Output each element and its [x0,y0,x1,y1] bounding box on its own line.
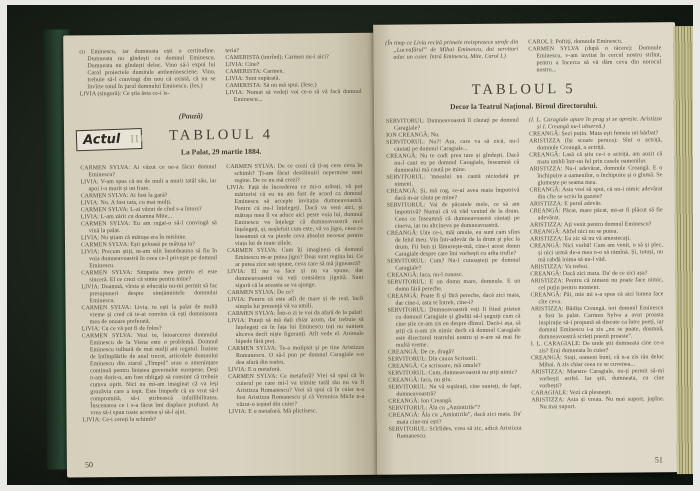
left-page-column-1: CARMEN SYLVA: Ai văzut ce ne-a făcut dom… [80,164,218,424]
tabloul-5-heading-block: TABLOUL 5 Decor la Teatrul Național. Bir… [386,79,662,111]
dialogue-line: CREANGĂ: Ăla cu „Amintirile”, dacă zici … [388,412,521,427]
pause-note: (Pauză) [20,110,362,122]
actul-stamp-word: Actul [83,132,121,148]
dialogue-line: SERVITORUL: Scîrlides, vreu să zic, adic… [389,426,522,441]
dialogue-line: cu Eminescu, iar dumneata ești o certitu… [79,48,215,91]
right-page-columns: SERVITORUL: Dumneavoastră îl căutați pe … [386,116,665,440]
dialogue-line: CREANGĂ: Lasă că știu ce-i o actriță, am… [529,151,662,166]
tabloul-4-heading-block: Actul III TABLOUL 4 La Palat, 29 martie … [80,125,362,157]
dialogue-line: SERVITORUL: Dumneavoastră veți fi fiind … [388,307,521,350]
photo-background: cu Eminescu, iar dumneata ești o certitu… [7,5,693,485]
dialogue-line: SERVITORUL: Dumneavoastră îl căutați pe … [386,118,519,133]
dialogue-line: SERVITORUL: Cum? Nu-l cunoașteți pe domn… [387,258,520,273]
dialogue-line: CREANGĂ: Și, mă rog, ce-ai avea mata împ… [387,188,520,203]
stage-direction-caragiale: (I. L. Caragiale apare în prag și se opr… [529,116,662,131]
dialogue-line: CARMEN SYLVA: Livia, tu ești la palat de… [82,304,218,326]
actul-stamp-numeral: III [130,132,144,144]
page-stack-edges [673,26,693,474]
dialogue-line: SERVITORUL: 'mnealui nu caută niciodată … [386,174,519,189]
dialogue-line: CREANGĂ: Nici vorbă! Cum am venit, o să … [530,242,663,264]
tabloul-5-subtitle: Decor la Teatrul Național. Biroul direct… [386,100,662,111]
dialogue-line: LIVIA: Numai să vedeți voi ce-o să vă fa… [226,89,362,104]
dialogue-line: CARMEN SYLVA: Eu am rugat-o să-l conving… [81,220,217,235]
dialogue-line: CREANGĂ: Păi, mie mi s-a spus că aici lu… [530,291,663,306]
dialogue-line: LIVIA: El nu va face și nu va spune, dar… [227,268,363,290]
open-book: cu Eminescu, iar dumneata ești o certitu… [43,10,659,477]
dialogue-line: SERVITORUL: Cum, dumneavoastră nu știți … [388,370,521,378]
dialogue-line: LIVIA: E o metaforă. Mă plictisesc. [228,408,364,416]
dialogue-line: CREANGĂ: Uite ce-i, măi omule, eu sunt c… [387,230,520,259]
continuation-carol-column: CAROL I: Poftiți, domnule Eminescu.CARME… [528,38,661,74]
dialogue-line: ARISTIZZA: Asta și vreau. Nu mai suport,… [531,396,664,411]
dialogue-line: CREANGĂ: Stați, oameni buni, că n-a zis … [531,354,664,369]
dialogue-line: ARISTIZZA: Pentru că nimeni nu poate fac… [530,277,663,292]
dialogue-line: LIVIA: Pentru că este atît de mare și de… [227,296,363,311]
dialogue-line: CARMEN SYLVA: Simpatia mea pentru el est… [81,269,217,284]
dialogue-line: LIVIA: Precum știți, m-am silit întotdea… [81,248,217,270]
dialogue-line: CARMEN SYLVA: Vezi tu, întoarcerea domnu… [82,332,219,417]
dialogue-line: CARMEN SYLVA: Ce metaforă? Vrei să spui … [228,373,364,409]
dialogue-line: ARISTIZZA: Nu-i adevărat, domnule Creang… [529,165,662,187]
dialogue-line: LIVIA: Doamnă, vîrsta și educația nu-mi … [81,283,217,305]
dialogue-line: ARISTIZZA: Bădița Creangă, ieri domnul E… [531,305,664,341]
dialogue-line: CREANGĂ: Poate fi și fără pereche, dacă … [387,293,520,308]
dialogue-line: (În timp ce Livia recită primele treispr… [385,40,518,62]
dialogue-line: LIVIA: Puteți să mă dați chiar acum, dar… [228,317,364,346]
dialogue-line: CREANGĂ: Păcat, mare păcat, mi-ar fi plă… [530,207,663,222]
right-page-column-2: (I. L. Caragiale apare în prag și se opr… [529,116,665,439]
dialogue-line: CARMEN SYLVA (după o tăcere): Domnule Em… [528,45,661,74]
dialogue-line: I. L. CARAGIALE: De unde știi dumneata c… [531,340,664,355]
actul-stamp: Actul III [76,128,143,151]
dialogue-line: ARISTIZZA: Maestre Caragiale, nu-ți perm… [531,368,664,390]
dialogue-line: ARISTIZZA (își scoate peruca): Sînt o ac… [529,137,662,152]
dialogue-line: CARMEN SYLVA: Te-a molipsit și pe tine A… [228,345,364,367]
right-page-column-2-lines: CREANGĂ: Șezi puțin. Mata ești femeie or… [529,130,664,411]
page-right: (În timp ce Livia recită primele treispr… [373,22,679,475]
left-page-continuation: cu Eminescu, iar dumneata ești o certitu… [79,47,361,105]
right-page-column-1: SERVITORUL: Dumneavoastră îl căutați pe … [386,118,522,441]
dialogue-line: SERVITORUL: Vai de păcatele mele, ce să … [387,202,520,231]
right-page-continuation: (În timp ce Livia recită primele treispr… [385,38,661,75]
dialogue-line: CREANGĂ: Nu te codi prea tare și gîndeșt… [386,153,519,175]
dialogue-line: LIVIA: V-am spus că nu de mult a murit t… [80,178,216,193]
page-number-51: 51 [655,455,663,464]
dialogue-line: CREANGĂ: Asta vrei să spui, că nu-i nimi… [530,186,663,201]
dialogue-line: CARMEN SYLVA: Ai văzut ce ne-a făcut dom… [80,164,216,179]
dialogue-line: CARMEN SYLVA: Cum îți imaginezi că domnu… [227,247,363,269]
page-left: cu Eminescu, iar dumneata ești o certitu… [63,33,377,478]
left-page-columns: CARMEN SYLVA: Ai văzut ce ne-a făcut dom… [80,163,364,424]
book-photo-scan: { "colors": { "paper_left": "#d7d1be", "… [0,0,700,491]
dialogue-line: SERVITORUL: E un domn mare, domnule. E u… [387,279,520,294]
tabloul-5-title: TABLOUL 5 [472,81,576,99]
dialogue-line: LIVIA: Ce-i cereți la schimb? [83,416,219,424]
page-number-50: 50 [85,460,93,469]
dialogue-line: CARMEN SYLVA: De ce crezi că ți-aș cere … [226,163,362,185]
left-page-column-2: CARMEN SYLVA: De ce crezi că ți-aș cere … [226,163,364,423]
stage-direction-luceafarul: (În timp ce Livia recită primele treispr… [385,40,518,76]
dialogue-line: SERVITORUL: Nu vă supărați, cine sunteți… [388,384,521,399]
dialogue-line: LIVIA (singură): Ce știa ăsta ce-i is- [80,90,216,98]
dialogue-line: LIVIA: Față de încrederea ce mi-o arătaț… [226,184,363,248]
continuation-right-column: teria?CAMERISTA (intrînd): Carmen nu-i a… [225,47,361,104]
continuation-left-column: cu Eminescu, iar dumneata ești o certitu… [79,48,215,105]
tabloul-4-title: TABLOUL 4 [169,127,273,145]
dialogue-line: SERVITORUL: Nu?! Așa, care va să zică, n… [386,139,519,154]
